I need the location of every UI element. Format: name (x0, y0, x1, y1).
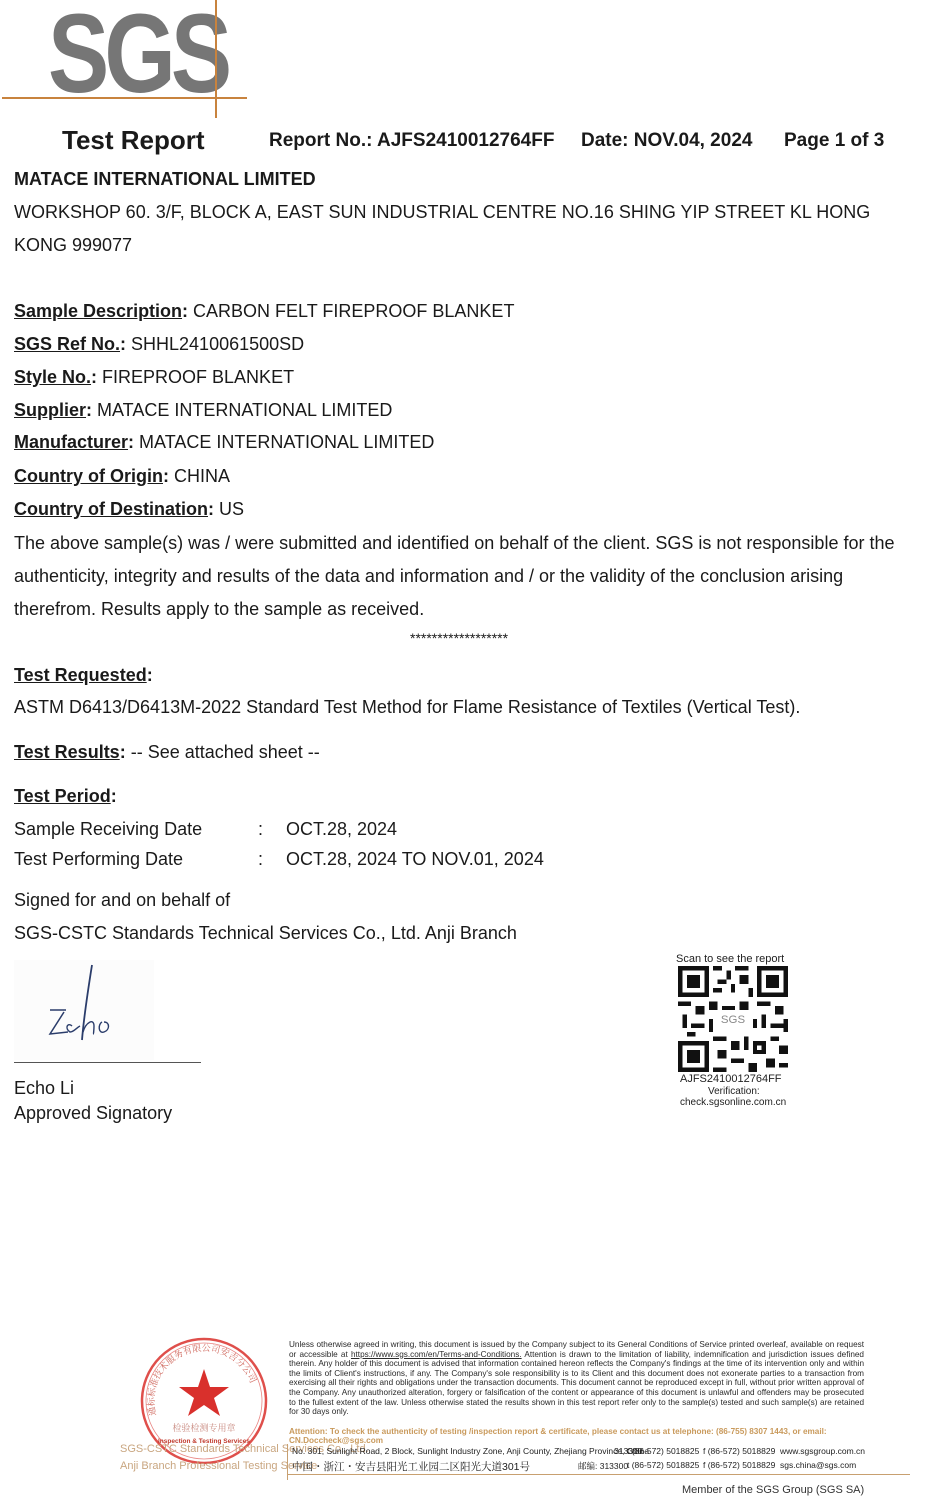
svg-text:SGS: SGS (721, 1014, 746, 1026)
qr-verification-label: Verification: (708, 1086, 760, 1097)
field-country-of-origin: Country of Origin: CHINA (14, 466, 230, 487)
period-value: OCT.28, 2024 TO NOV.01, 2024 (286, 849, 544, 870)
telephone: t (86-572) 5018825 (627, 1446, 699, 1456)
field-label: SGS Ref No. (14, 334, 120, 354)
footer-divider (287, 1474, 910, 1475)
field-value: SHHL2410061500SD (131, 334, 304, 354)
section-label: Test Requested (14, 665, 147, 685)
address-chinese: 中国・浙江・安吉县阳光工业园二区阳光大道301号 (292, 1459, 530, 1474)
field-label: Country of Destination (14, 499, 208, 519)
test-results-value: -- See attached sheet -- (131, 742, 320, 762)
test-results-heading: Test Results: -- See attached sheet -- (14, 742, 320, 763)
test-period-heading: Test Period: (14, 786, 117, 807)
field-supplier: Supplier: MATACE INTERNATIONAL LIMITED (14, 400, 392, 421)
field-value: MATACE INTERNATIONAL LIMITED (139, 432, 434, 452)
signatory-title: Approved Signatory (14, 1103, 172, 1124)
field-sgs-ref-no: SGS Ref No.: SHHL2410061500SD (14, 334, 304, 355)
field-label: Country of Origin (14, 466, 163, 486)
period-label: Sample Receiving Date (14, 819, 202, 840)
test-requested-value: ASTM D6413/D6413M-2022 Standard Test Met… (14, 697, 800, 718)
client-address-line1: WORKSHOP 60. 3/F, BLOCK A, EAST SUN INDU… (14, 202, 870, 223)
field-value: CHINA (174, 466, 230, 486)
email-link[interactable]: sgs.china@sgs.com (780, 1460, 856, 1470)
disclaimer-statement: The above sample(s) was / were submitted… (14, 527, 919, 626)
section-label: Test Results (14, 742, 120, 762)
website-link[interactable]: www.sgsgroup.com.cn (780, 1446, 865, 1456)
signed-on-behalf: Signed for and on behalf of (14, 890, 230, 911)
signatory-name: Echo Li (14, 1078, 74, 1099)
field-label: Style No. (14, 367, 91, 387)
field-sample-description: Sample Description: CARBON FELT FIREPROO… (14, 301, 514, 322)
period-sep: : (258, 819, 263, 840)
authenticity-attention: Attention: To check the authenticity of … (289, 1427, 869, 1445)
field-manufacturer: Manufacturer: MATACE INTERNATIONAL LIMIT… (14, 432, 434, 453)
signature-line (14, 1062, 201, 1063)
terms-disclaimer: Unless otherwise agreed in writing, this… (289, 1340, 864, 1417)
field-value: CARBON FELT FIREPROOF BLANKET (193, 301, 514, 321)
field-country-of-destination: Country of Destination: US (14, 499, 244, 520)
field-value: MATACE INTERNATIONAL LIMITED (97, 400, 392, 420)
page-indicator: Page 1 of 3 (784, 130, 884, 152)
field-label: Supplier (14, 400, 86, 420)
client-address-line2: KONG 999077 (14, 235, 132, 256)
signing-company: SGS-CSTC Standards Technical Services Co… (14, 923, 517, 944)
test-requested-heading: Test Requested: (14, 665, 153, 686)
section-label: Test Period (14, 786, 111, 806)
field-value: US (219, 499, 244, 519)
postcode-chinese: 邮编: 313300 (578, 1460, 628, 1472)
member-statement: Member of the SGS Group (SGS SA) (682, 1484, 864, 1496)
field-style-no: Style No.: FIREPROOF BLANKET (14, 367, 294, 388)
fax: f (86-572) 5018829 (703, 1460, 775, 1470)
terms-link[interactable]: https://www.sgs.com/en/Terms-and-Conditi… (351, 1350, 522, 1359)
field-label: Sample Description (14, 301, 182, 321)
client-name: MATACE INTERNATIONAL LIMITED (14, 169, 316, 190)
signature-icon (14, 960, 154, 1060)
logo-vertical-line (215, 0, 217, 118)
separator-stars: ****************** (410, 630, 508, 646)
telephone: t (86-572) 5018825 (627, 1460, 699, 1470)
period-sep: : (258, 849, 263, 870)
report-title: Test Report (62, 125, 205, 156)
field-label: Manufacturer (14, 432, 128, 452)
sgs-logo-text: SGS (48, 0, 227, 110)
qr-code-icon: SGS (678, 966, 788, 1072)
period-label: Test Performing Date (14, 849, 183, 870)
field-value: FIREPROOF BLANKET (102, 367, 294, 387)
signature-image (14, 960, 154, 1060)
period-value: OCT.28, 2024 (286, 819, 397, 840)
disclaimer-text: Attention is drawn to the limitation of … (289, 1350, 864, 1417)
qr-report-id: AJFS2410012764FF (680, 1073, 782, 1085)
logo-horizontal-line (2, 97, 247, 99)
report-number: Report No.: AJFS2410012764FF (269, 130, 554, 152)
qr-verification-url[interactable]: check.sgsonline.com.cn (680, 1097, 786, 1108)
address-english: No. 301, Sunlight Road, 2 Block, Sunligh… (292, 1446, 649, 1456)
qr-code[interactable]: SGS (678, 966, 788, 1072)
report-date: Date: NOV.04, 2024 (581, 130, 752, 152)
fax: f (86-572) 5018829 (703, 1446, 775, 1456)
qr-caption: Scan to see the report (676, 953, 784, 965)
svg-text:检验检测专用章: 检验检测专用章 (172, 1422, 235, 1434)
